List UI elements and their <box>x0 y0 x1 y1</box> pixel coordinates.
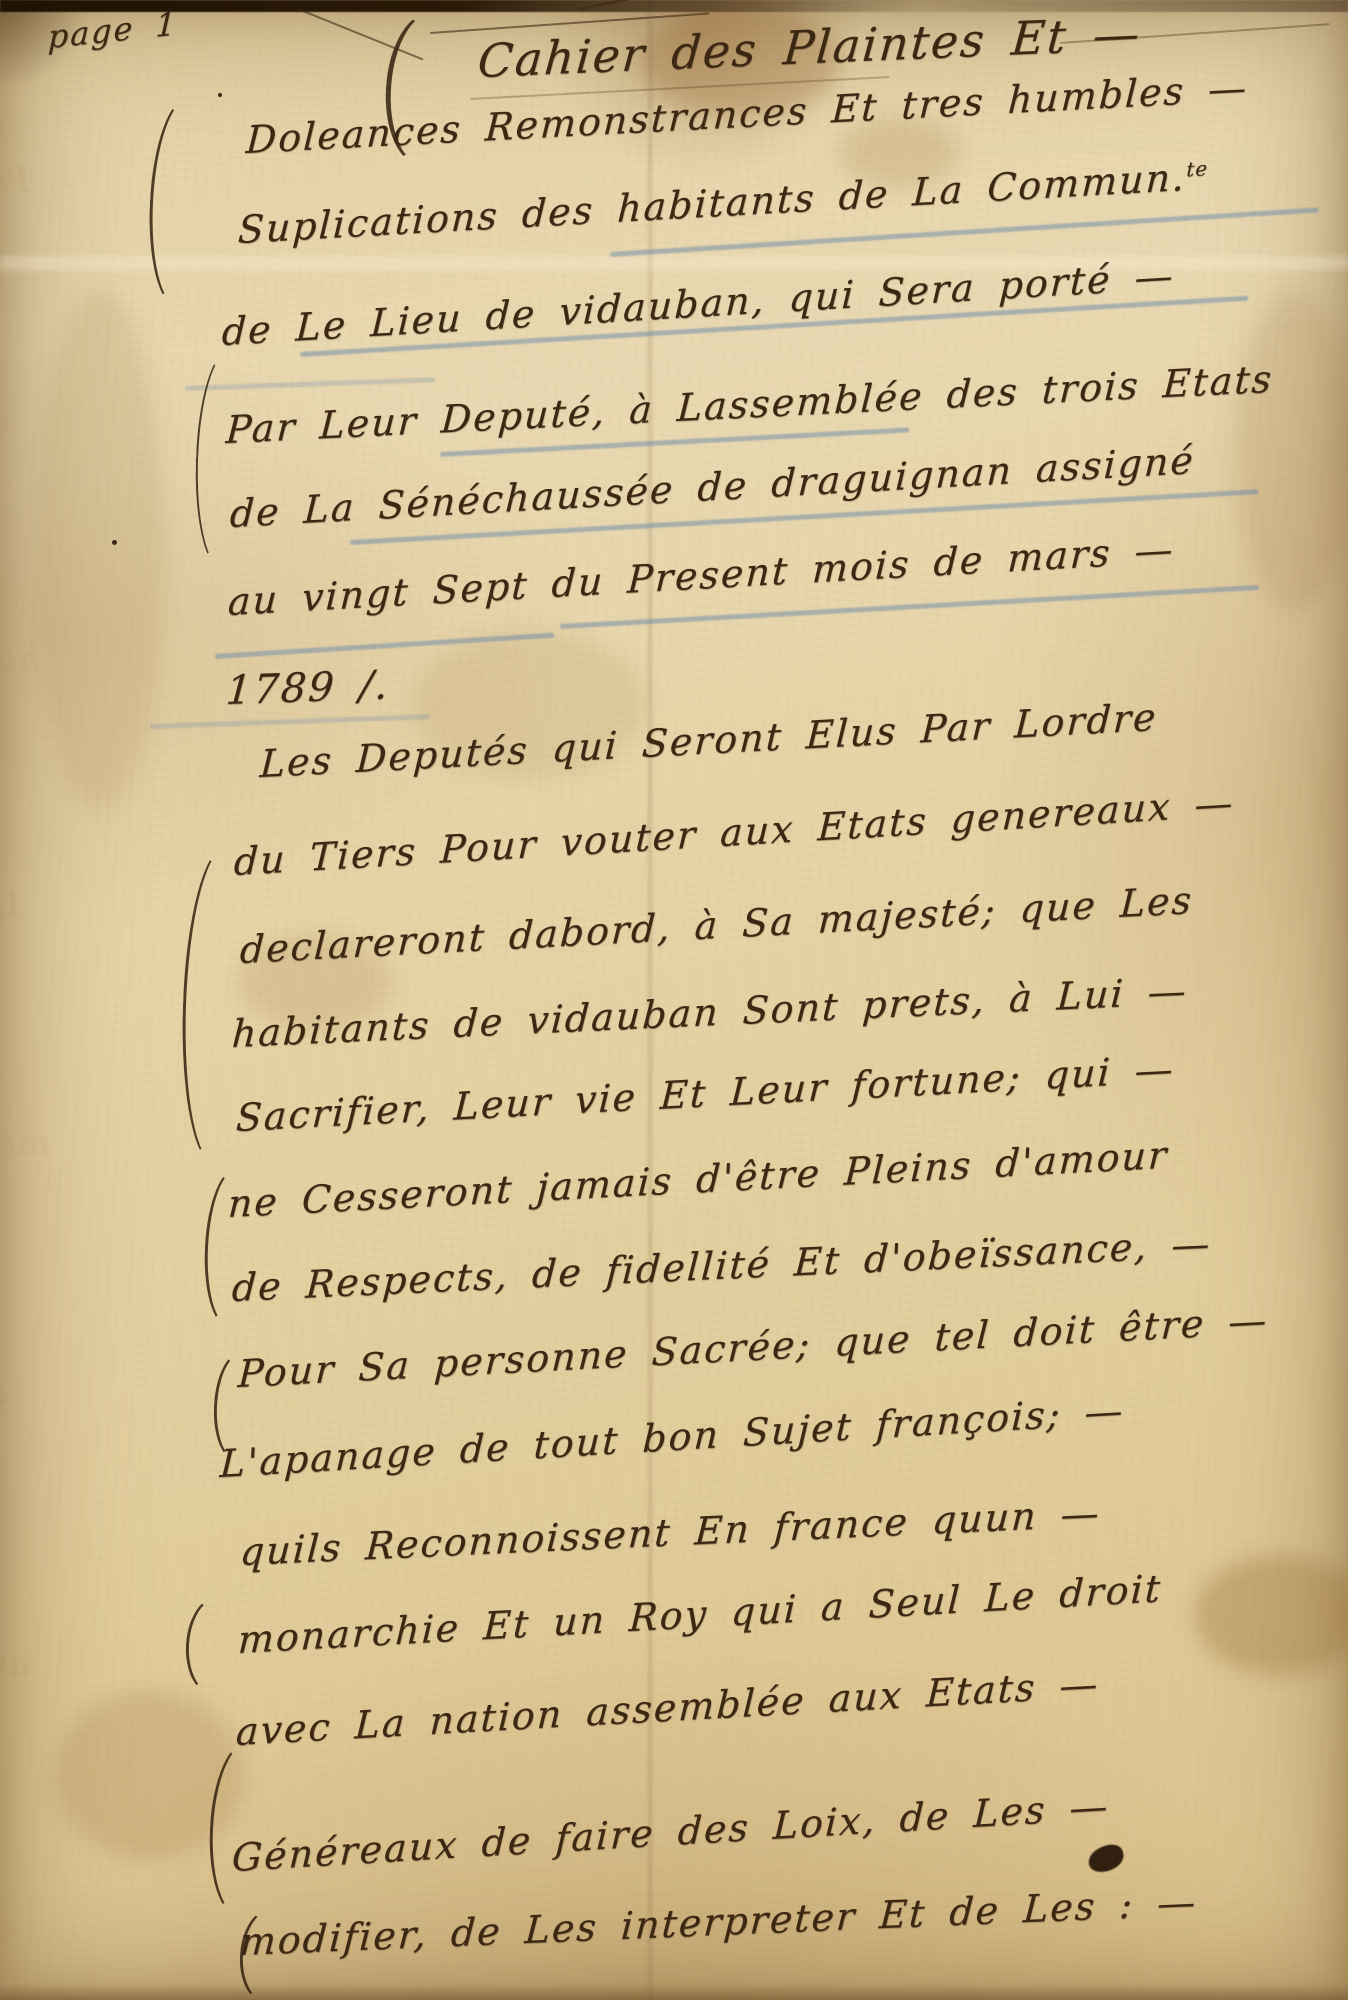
stain <box>1235 290 1348 610</box>
manuscript-line-text: Suplications des habitants de La Commun. <box>237 155 1187 252</box>
manuscript-line: monarchie Et un Roy qui a Seul Le droit <box>237 1566 1163 1662</box>
ghost-bleedthrough-text: Par Leur Deputé, à Lassemblée des trois … <box>0 123 31 202</box>
manuscript-line: Sacrifier, Leur vie Et Leur fortune; qui… <box>235 1047 1176 1140</box>
manuscript-line: quils Reconnoissent En france quun — <box>239 1491 1102 1574</box>
stain <box>1195 1555 1348 1675</box>
ghost-bleedthrough-text: avec La nation assemblée aux Etats — <box>0 1613 31 1685</box>
manuscript-line: Les Deputés qui Seront Elus Par Lordre <box>259 695 1159 786</box>
manuscript-line: habitants de vidauban Sont prets, à Lui … <box>231 969 1189 1057</box>
stain <box>35 290 165 810</box>
manuscript-line: ne Cesseront jamais d'être Pleins d'amou… <box>227 1133 1170 1226</box>
blue-pencil-mark <box>215 633 555 659</box>
ink-blot <box>1085 1842 1126 1875</box>
margin-paren-stroke <box>205 1740 279 1917</box>
manuscript-line: Pour Sa personne Sacrée; que tel doit êt… <box>237 1298 1270 1396</box>
margin-paren-stroke <box>145 96 221 308</box>
manuscript-line: declareront dabord, à Sa majesté; que Le… <box>239 878 1194 972</box>
ghost-bleedthrough-text: monarchie Et un Roy qui a Seul Le droit <box>0 1091 51 1165</box>
scan-edge <box>0 1984 1348 2000</box>
manuscript-line: du Tiers Pour vouter aux Etats genereaux… <box>233 780 1236 884</box>
margin-paren-stroke <box>192 349 259 570</box>
superscript-abbreviation: te <box>1186 157 1209 181</box>
ghost-bleedthrough-text: Sacrifier, Leur vie Et Leur fortune; qui… <box>0 1343 11 1424</box>
blue-pencil-mark <box>150 714 430 729</box>
manuscript-line: 1789 /. <box>224 662 391 714</box>
ghost-bleedthrough-text: L'apanage de tout bon Sujet françois; — <box>0 845 21 925</box>
manuscript-line: avec La nation assemblée aux Etats — <box>235 1662 1101 1754</box>
manuscript-line: Suplications des habitants de La Commun.… <box>237 154 1209 252</box>
ink-dot <box>112 540 117 545</box>
ghost-bleedthrough-text: habitants de vidauban Sont prets, à Lui … <box>0 605 41 680</box>
manuscript-line: de Respects, de fidellité Et d'obeïssanc… <box>231 1221 1213 1310</box>
ghost-bleedthrough-text: quils Reconnoissent En france quun — <box>0 1873 21 1945</box>
manuscript-line: L'apanage de tout bon Sujet françois; — <box>219 1388 1126 1486</box>
manuscript-line: Généreaux de faire des Loix, de Les — <box>231 1784 1111 1880</box>
ghost-bleedthrough-text: declareront dabord, à Sa majesté; que Le… <box>0 359 11 442</box>
manuscript-page: Les Deputés qui Seront Elus Par Lordre P… <box>0 0 1348 2000</box>
scan-edge <box>0 0 1348 12</box>
ink-dot <box>218 93 222 97</box>
manuscript-line: modifier, de Les interpreter Et de Les :… <box>239 1880 1199 1964</box>
